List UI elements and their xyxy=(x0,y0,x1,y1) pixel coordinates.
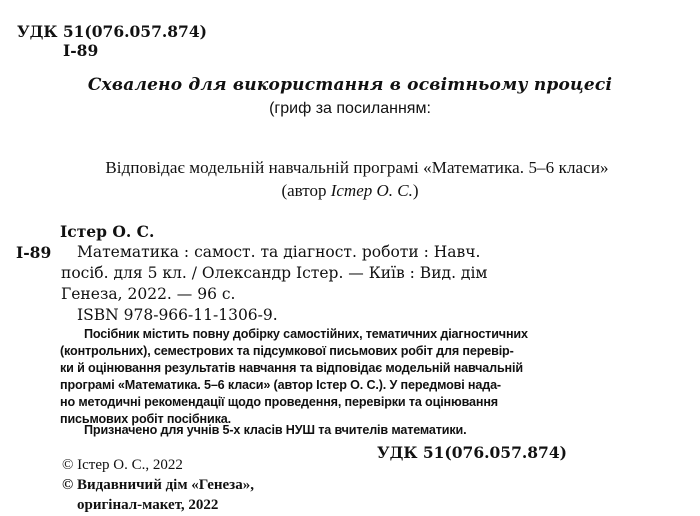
catalog-index: І-89 xyxy=(16,243,51,262)
copyright-icon: © xyxy=(62,457,73,473)
copyright-icon: © xyxy=(62,477,73,493)
author-index-top: І-89 xyxy=(63,41,98,60)
approval-reference: (гриф за посиланням: xyxy=(0,100,700,118)
udk-code-top: УДК 51(076.057.874) xyxy=(17,22,207,41)
catalog-description-line: Математика : самост. та діагност. роботи… xyxy=(77,243,480,261)
catalog-author-heading: Істер О. С. xyxy=(60,222,154,241)
isbn: ISBN 978-966-11-1306-9. xyxy=(77,306,278,324)
copyright-author-text: Істер О. С., 2022 xyxy=(77,457,183,473)
program-conformity-statement: Відповідає модельній навчальній програмі… xyxy=(17,158,697,178)
program-author: (автор Істер О. С.) xyxy=(0,181,700,201)
catalog-description-line: посіб. для 5 кл. / Олександр Істер. — Ки… xyxy=(61,264,488,282)
copyright-layout: оригінал-макет, 2022 xyxy=(77,497,218,514)
annotation-line: ки й оцінювання результатів навчання та … xyxy=(60,361,523,375)
annotation-line: програмі «Математика. 5–6 класи» (автор … xyxy=(60,378,501,392)
annotation-line: но методичні рекомендації щодо проведенн… xyxy=(60,395,498,409)
annotation-line: (контрольних), семестрових та підсумково… xyxy=(60,344,514,358)
copyright-publisher: © Видавничий дім «Генеза», xyxy=(62,477,254,494)
udk-code-bottom: УДК 51(076.057.874) xyxy=(377,443,567,462)
catalog-description-line: Генеза, 2022. — 96 с. xyxy=(61,285,235,303)
program-author-name: Істер О. С. xyxy=(331,181,413,200)
approval-statement: Схвалено для використання в освітньому п… xyxy=(0,75,700,95)
copyright-author: © Істер О. С., 2022 xyxy=(62,457,183,474)
copyright-publisher-text: Видавничий дім «Генеза», xyxy=(77,477,254,493)
annotation-line: Посібник містить повну добірку самостійн… xyxy=(84,327,528,341)
program-author-prefix: (автор xyxy=(281,181,330,200)
audience-statement: Призначено для учнів 5-х класів НУШ та в… xyxy=(84,423,466,437)
program-author-suffix: ) xyxy=(413,181,419,200)
